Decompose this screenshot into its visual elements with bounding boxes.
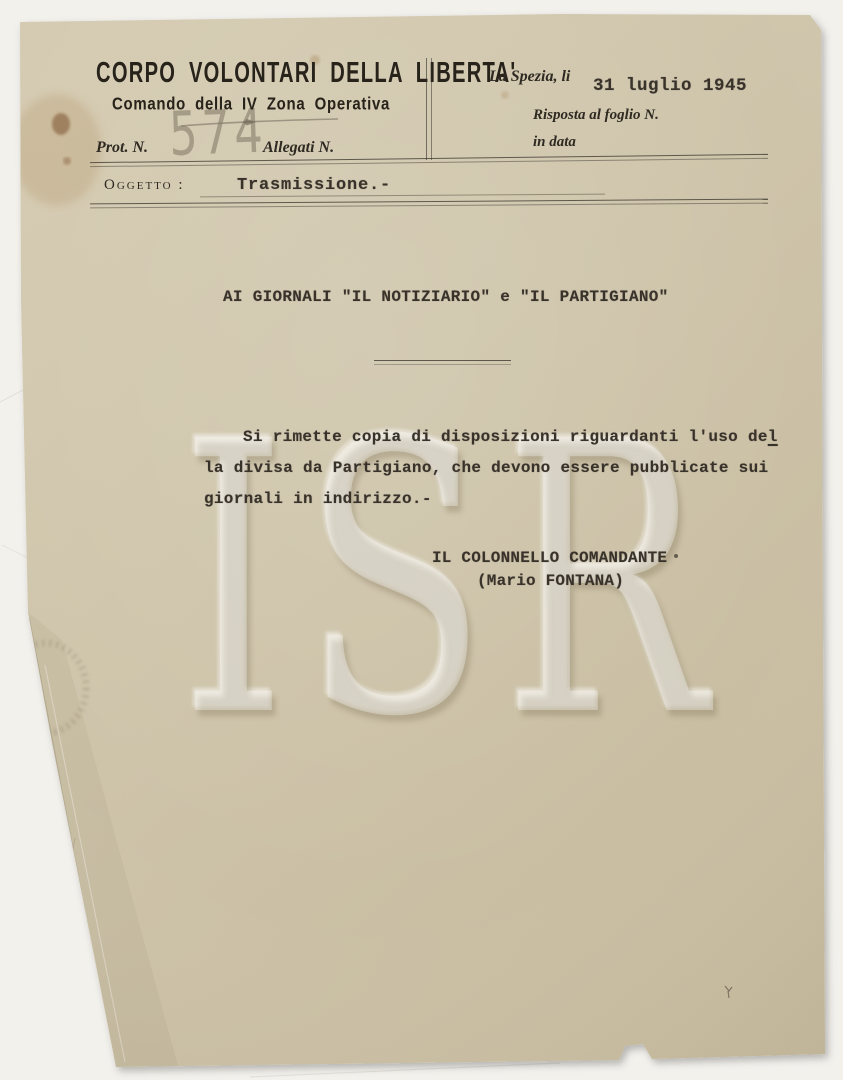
body-line-1: Si rimette copia di disposizioni riguard… — [243, 428, 778, 446]
recipient-line: AI GIORNALI "IL NOTIZIARIO" e "IL PARTIG… — [223, 288, 669, 306]
stain — [63, 157, 71, 165]
body-line-2: la divisa da Partigiano, che devono esse… — [204, 459, 768, 477]
body-line-3: giornali in indirizzo.- — [204, 490, 432, 508]
typed-date: 31 luglio 1945 — [593, 76, 747, 96]
recipient-separator-rule — [374, 360, 511, 365]
subject-label: Oggetto : — [104, 177, 185, 194]
prot-number-label: Prot. N. — [96, 139, 148, 157]
stain — [12, 94, 102, 206]
scanner-scratch — [250, 1063, 560, 1077]
place-date-label: La Spezia, li — [489, 68, 570, 86]
subject-value: Trasmissione.- — [237, 176, 391, 195]
stain — [52, 113, 70, 135]
org-unit: Comando della IV Zona Operativa — [112, 94, 390, 115]
signature-name: (Mario FONTANA) — [477, 572, 624, 590]
letterhead-vertical-divider — [426, 58, 432, 160]
signature-role: IL COLONNELLO COMANDANTE — [432, 549, 667, 567]
allegati-label: Allegati N. — [263, 139, 334, 157]
in-data-label: in data — [533, 134, 576, 151]
body-line-1-hyphenated-letter: l — [768, 428, 778, 446]
reply-to-label: Risposta al foglio N. — [533, 107, 659, 124]
stain — [501, 91, 509, 99]
scanned-document: ISR CORPO VOLONTARI DELLA LIBERTA' Coman… — [0, 0, 843, 1080]
body-line-1-text: Si rimette copia di disposizioni riguard… — [243, 428, 768, 446]
archive-watermark: ISR — [180, 394, 722, 769]
fold-crease — [40, 838, 75, 1012]
org-name: CORPO VOLONTARI DELLA LIBERTA' — [96, 57, 516, 90]
